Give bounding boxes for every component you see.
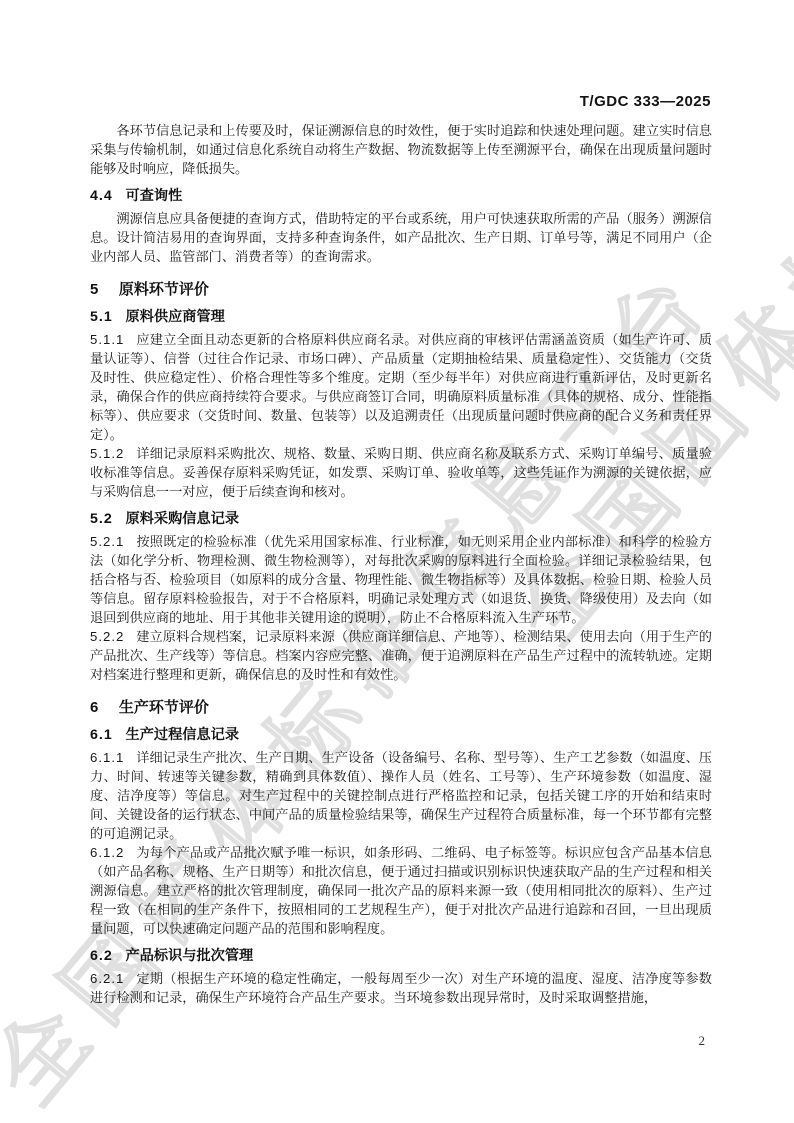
heading-number: 5.2 — [90, 511, 113, 527]
heading-title: 可查询性 — [126, 188, 183, 204]
standard-number-header: T/GDC 333—2025 — [90, 93, 711, 110]
heading-number: 4.4 — [90, 188, 113, 204]
page-number: 2 — [699, 1033, 706, 1049]
heading-number: 6.1 — [90, 727, 113, 743]
section-heading: 6.2产品标识与批次管理 — [90, 947, 712, 966]
document-content: 各环节信息记录和上传要及时，保证溯源信息的时效性，便于实时追踪和快速处理问题。建… — [90, 121, 712, 1007]
heading-number: 5 — [90, 281, 99, 298]
clause-paragraph: 6.2.1定期（根据生产环境的稳定性确定，一般每周至少一次）对生产环境的温度、湿… — [90, 969, 712, 1007]
clause-number: 5.2.1 — [90, 534, 124, 549]
section-heading: 5.2原料采购信息记录 — [90, 510, 712, 529]
clause-paragraph: 5.2.1按照既定的检验标准（优先采用国家标准、行业标准，如无则采用企业内部标准… — [90, 532, 712, 627]
document-page: 全国团体标准信息平台 全国团体标准信息平台 T/GDC 333—2025 各环节… — [0, 0, 794, 1123]
heading-number: 6 — [90, 699, 99, 716]
heading-title: 原料环节评价 — [119, 281, 209, 298]
heading-title: 原料采购信息记录 — [126, 511, 240, 527]
clause-paragraph: 5.1.1应建立全面且动态更新的合格原料供应商名录。对供应商的审核评估需涵盖资质… — [90, 330, 712, 444]
clause-number: 6.2.1 — [90, 971, 124, 986]
heading-number: 5.1 — [90, 309, 113, 325]
clause-paragraph: 6.1.2为每个产品或产品批次赋予唯一标识，如条形码、二维码、电子标签等。标识应… — [90, 843, 712, 938]
clause-number: 5.1.2 — [90, 446, 124, 461]
heading-title: 产品标识与批次管理 — [126, 948, 254, 964]
heading-title: 生产过程信息记录 — [126, 727, 240, 743]
clause-paragraph: 5.1.2详细记录原料采购批次、规格、数量、采购日期、供应商名称及联系方式、采购… — [90, 444, 712, 501]
chapter-heading: 5原料环节评价 — [90, 280, 712, 299]
section-heading: 4.4可查询性 — [90, 187, 712, 206]
heading-title: 原料供应商管理 — [126, 309, 225, 325]
section-heading: 5.1原料供应商管理 — [90, 308, 712, 327]
clause-paragraph: 5.2.2建立原料合规档案，记录原料来源（供应商详细信息、产地等）、检测结果、使… — [90, 627, 712, 684]
heading-title: 生产环节评价 — [119, 699, 209, 716]
clause-number: 6.1.2 — [90, 845, 124, 860]
heading-number: 6.2 — [90, 948, 113, 964]
clause-number: 5.1.1 — [90, 332, 124, 347]
body-paragraph: 各环节信息记录和上传要及时，保证溯源信息的时效性，便于实时追踪和快速处理问题。建… — [90, 121, 712, 178]
body-paragraph: 溯源信息应具备便捷的查询方式，借助特定的平台或系统，用户可快速获取所需的产品（服… — [90, 209, 712, 266]
clause-number: 5.2.2 — [90, 629, 124, 644]
section-heading: 6.1生产过程信息记录 — [90, 726, 712, 745]
clause-paragraph: 6.1.1详细记录生产批次、生产日期、生产设备（设备编号、名称、型号等）、生产工… — [90, 748, 712, 843]
clause-number: 6.1.1 — [90, 750, 124, 765]
chapter-heading: 6生产环节评价 — [90, 698, 712, 717]
